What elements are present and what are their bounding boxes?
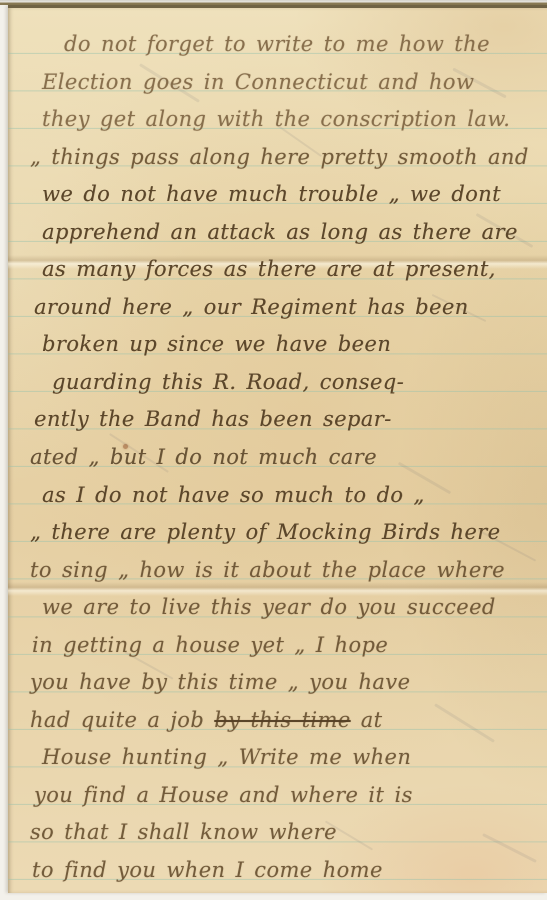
- letter-body: do not forget to write to me how the Ele…: [30, 26, 543, 890]
- letter-line: as I do not have so much to do „: [30, 477, 543, 515]
- letter-line: we do not have much trouble „ we dont: [30, 176, 543, 214]
- letter-line: to sing „ how is it about the place wher…: [30, 552, 543, 590]
- letter-line: ated „ but I do not much care: [30, 439, 543, 477]
- letter-line: „ there are plenty of Mocking Birds here: [30, 514, 543, 552]
- letter-line: around here „ our Regiment has been: [30, 289, 543, 327]
- letter-line: ently the Band has been separ-: [30, 401, 543, 439]
- letter-line: Election goes in Connecticut and how: [30, 64, 543, 102]
- strike-post-text: at: [351, 708, 383, 732]
- letter-line: „ things pass along here pretty smooth a…: [30, 139, 543, 177]
- letter-line: do not forget to write to me how the: [30, 26, 543, 64]
- letter-paper: do not forget to write to me how the Ele…: [8, 5, 547, 893]
- letter-line: to find you when I come home: [30, 852, 543, 890]
- letter-line: broken up since we have been: [30, 326, 543, 364]
- letter-line: apprehend an attack as long as there are: [30, 214, 543, 252]
- letter-line: you have by this time „ you have: [30, 664, 543, 702]
- letter-line: they get along with the conscription law…: [30, 101, 543, 139]
- letter-line-with-strikethrough: had quite a job by this time at: [30, 702, 543, 740]
- letter-line: as many forces as there are at present,: [30, 251, 543, 289]
- letter-line: guarding this R. Road, conseq-: [30, 364, 543, 402]
- letter-line: we are to live this year do you succeed: [30, 589, 543, 627]
- photographed-letter: do not forget to write to me how the Ele…: [0, 0, 547, 900]
- letter-line: in getting a house yet „ I hope: [30, 627, 543, 665]
- letter-line: so that I shall know where: [30, 814, 543, 852]
- letter-line: you find a House and where it is: [30, 777, 543, 815]
- strike-pre-text: had quite a job: [30, 708, 214, 732]
- struck-text: by this time: [214, 708, 350, 732]
- letter-line: House hunting „ Write me when: [30, 739, 543, 777]
